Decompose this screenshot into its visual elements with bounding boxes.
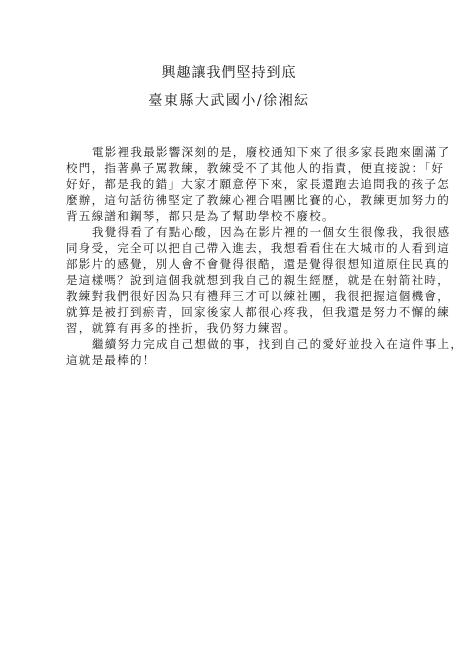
text-line: 部影片的感覺，別人會不會覺得很酷，還是覺得很想知道原住民真的 [66, 256, 406, 272]
paragraph-2: 我覺得看了有點心酸，因為在影片裡的一個女生很像我，我很感 同身受，完全可以把自己… [66, 224, 406, 336]
paragraph-1: 電影裡我最影響深刻的是，廢校通知下來了很多家長跑來圍滿了 校門，指著鼻子罵教練，… [66, 144, 406, 224]
text-line: 就算是被打到瘀青，回家後家人都很心疼我，但我還是努力不懈的練 [66, 304, 406, 320]
text-line: 校門，指著鼻子罵教練，教練受不了其他人的指責，便直接說：「好 [66, 160, 406, 176]
text-line: 習，就算有再多的挫折，我仍努力練習。 [66, 320, 406, 336]
text-line: 背五線譜和鋼琴，都只是為了幫助學校不廢校。 [66, 208, 406, 224]
paragraph-3: 繼續努力完成自己想做的事，找到自己的愛好並投入在這件事上， 這就是最棒的！ [66, 336, 406, 368]
document-body: 電影裡我最影響深刻的是，廢校通知下來了很多家長跑來圍滿了 校門，指著鼻子罵教練，… [66, 144, 406, 368]
author-line: 臺東縣大武國小/徐湘紜 [0, 93, 458, 109]
text-line: 我覺得看了有點心酸，因為在影片裡的一個女生很像我，我很感 [66, 224, 406, 240]
text-line: 教練對我們很好因為只有禮拜三才可以練社團，我很把握這個機會， [66, 288, 406, 304]
text-line: 麼辦，這句話彷彿堅定了教練心裡合唱團比賽的心，教練更加努力的 [66, 192, 406, 208]
text-line: 是這樣嗎？說到這個我就想到我自己的親生經歷，就是在射箭社時， [66, 272, 406, 288]
text-line: 同身受，完全可以把自己帶入進去，我想看看住在大城市的人看到這 [66, 240, 406, 256]
text-line: 繼續努力完成自己想做的事，找到自己的愛好並投入在這件事上， [66, 336, 406, 352]
text-line: 好好，都是我的錯」大家才願意停下來，家長還跑去追問我的孩子怎 [66, 176, 406, 192]
text-line: 這就是最棒的！ [66, 352, 406, 368]
text-line: 電影裡我最影響深刻的是，廢校通知下來了很多家長跑來圍滿了 [66, 144, 406, 160]
document-page: 興趣讓我們堅持到底 臺東縣大武國小/徐湘紜 電影裡我最影響深刻的是，廢校通知下來… [0, 0, 458, 648]
document-title: 興趣讓我們堅持到底 [0, 65, 458, 81]
